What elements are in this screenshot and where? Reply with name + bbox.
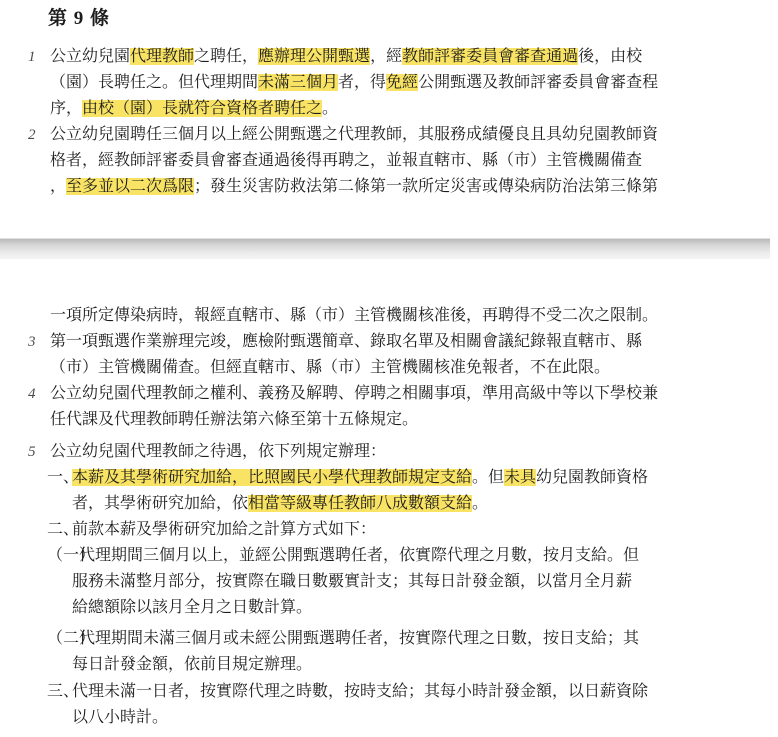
text-segment: 公立幼兒園代理教師之待遇，依下列規定辦理：: [50, 443, 386, 460]
paragraph-number: 1: [28, 44, 36, 70]
highlighted-segment: 未具: [504, 469, 536, 486]
text-segment: 公立幼兒園: [50, 48, 130, 65]
text-segment: 者，其學術研究加給，依: [72, 495, 248, 512]
text-segment: 。但: [472, 469, 504, 486]
text-line: 前款本薪及學術研究加給之計算方式如下：: [0, 517, 778, 543]
highlighted-segment: 由校（園）長就符合資格者聘任之: [82, 100, 322, 117]
text-segment: 之聘任，: [194, 48, 258, 65]
text-line: 序，由校（園）長就符合資格者聘任之。: [0, 96, 778, 122]
text-segment: ；發生災害防救法第二條第一款所定災害或傳染病防治法第三條第: [194, 178, 658, 195]
text-segment: 。: [472, 495, 488, 512]
item-marker: 一、: [47, 465, 79, 491]
text-segment: （市）主管機關備查。但經直轄市、縣（市）主管機關核准免報者，不在此限。: [50, 359, 610, 376]
highlighted-segment: 至多並以二次爲限: [66, 178, 194, 195]
sub-item-3: 三、代理未滿一日者，按實際代理之時數，按時支給；其每小時計發金額，以日薪資除以八…: [0, 679, 778, 731]
law-document: 第 9 條 1公立幼兒園代理教師之聘任，應辦理公開甄選，經教師評審委員會審查通過…: [0, 0, 778, 731]
paragraph-1: 1公立幼兒園代理教師之聘任，應辦理公開甄選，經教師評審委員會審查通過後，由校（園…: [0, 44, 778, 122]
text-line: 代理期間三個月以上，並經公開甄選聘任者，依實際代理之月數，按月支給。但: [0, 543, 778, 569]
highlighted-segment: 代理教師: [130, 48, 194, 65]
text-line: 服務未滿整月部分，按實際在職日數覈實計支；其每日計發金額，以當月全月薪: [0, 569, 778, 595]
paragraph-number: 3: [28, 329, 36, 355]
text-segment: 代理未滿一日者，按實際代理之時數，按時支給；其每小時計發金額，以日薪資除: [72, 683, 648, 700]
continuation-paragraph: 一項所定傳染病時，報經直轄市、縣（市）主管機關核准後，再聘得不受二次之限制。: [0, 303, 778, 329]
sub-sub-item-2: （二）代理期間未滿三個月或未經公開甄選聘任者，按實際代理之日數，按日支給；其每日…: [0, 626, 778, 678]
paragraph-4: 4公立幼兒園代理教師之權利、義務及解聘、停聘之相關事項，準用高級中等以下學校兼任…: [0, 381, 778, 433]
text-line: 公立幼兒園代理教師之聘任，應辦理公開甄選，經教師評審委員會審查通過後，由校: [0, 44, 778, 70]
text-segment: 。: [322, 100, 338, 117]
text-line: 公立幼兒園代理教師之權利、義務及解聘、停聘之相關事項，準用高級中等以下學校兼: [0, 381, 778, 407]
text-segment: 前款本薪及學術研究加給之計算方式如下：: [72, 521, 376, 538]
paragraph-number: 4: [28, 381, 36, 407]
text-line: 每日計發金額，依前目規定辦理。: [0, 652, 778, 678]
text-segment: 序，: [50, 100, 82, 117]
sub-item-2: 二、前款本薪及學術研究加給之計算方式如下：: [0, 517, 778, 543]
text-segment: 以八小時計。: [72, 709, 168, 726]
text-segment: （園）長聘任之。但代理期間: [50, 74, 258, 91]
text-segment: 公開甄選及教師評審委員會審查程: [418, 74, 658, 91]
text-segment: ，經: [370, 48, 402, 65]
item-marker: （一）: [47, 543, 95, 569]
paragraph-number: 5: [28, 439, 36, 465]
text-line: ，至多並以二次爲限；發生災害防救法第二條第一款所定災害或傳染病防治法第三條第: [0, 174, 778, 200]
text-line: 給總額除以該月全月之日數計算。: [0, 595, 778, 621]
text-segment: 公立幼兒園代理教師之權利、義務及解聘、停聘之相關事項，準用高級中等以下學校兼: [50, 385, 658, 402]
item-marker: 三、: [47, 679, 79, 705]
paragraph-number: 2: [28, 122, 36, 148]
text-segment: 服務未滿整月部分，按實際在職日數覈實計支；其每日計發金額，以當月全月薪: [72, 573, 632, 590]
text-line: （園）長聘任之。但代理期間未滿三個月者，得免經公開甄選及教師評審委員會審查程: [0, 70, 778, 96]
paragraph-3: 3第一項甄選作業辦理完竣，應檢附甄選簡章、錄取名單及相關會議紀錄報直轄市、縣（市…: [0, 329, 778, 381]
text-line: 第一項甄選作業辦理完竣，應檢附甄選簡章、錄取名單及相關會議紀錄報直轄市、縣: [0, 329, 778, 355]
text-line: 格者，經教師評審委員會審查通過後得再聘之，並報直轄市、縣（市）主管機關備查: [0, 148, 778, 174]
article-title: 第 9 條: [48, 6, 778, 32]
item-marker: 二、: [47, 517, 79, 543]
page-separator: [0, 238, 770, 259]
text-segment: ，: [50, 178, 66, 195]
text-line: 任代課及代理教師聘任辦法第六條至第十五條規定。: [0, 407, 778, 433]
text-line: 一項所定傳染病時，報經直轄市、縣（市）主管機關核准後，再聘得不受二次之限制。: [0, 303, 778, 329]
text-segment: 公立幼兒園聘任三個月以上經公開甄選之代理教師，其服務成績優良且具幼兒園教師資: [50, 126, 658, 143]
text-line: 以八小時計。: [0, 705, 778, 731]
text-segment: 任代課及代理教師聘任辦法第六條至第十五條規定。: [50, 411, 418, 428]
text-segment: 第一項甄選作業辦理完竣，應檢附甄選簡章、錄取名單及相關會議紀錄報直轄市、縣: [50, 333, 642, 350]
text-segment: 者，得: [338, 74, 386, 91]
highlighted-segment: 未滿三個月: [258, 74, 338, 91]
text-segment: 幼兒園教師資格: [536, 469, 648, 486]
text-segment: 每日計發金額，依前目規定辦理。: [72, 656, 312, 673]
highlighted-segment: 相當等級專任教師八成數額支給: [248, 495, 472, 512]
highlighted-segment: 免經: [386, 74, 418, 91]
item-marker: （二）: [47, 626, 95, 652]
text-line: 代理未滿一日者，按實際代理之時數，按時支給；其每小時計發金額，以日薪資除: [0, 679, 778, 705]
text-segment: 格者，經教師評審委員會審查通過後得再聘之，並報直轄市、縣（市）主管機關備查: [50, 152, 642, 169]
sub-sub-item-1: （一）代理期間三個月以上，並經公開甄選聘任者，依實際代理之月數，按月支給。但服務…: [0, 543, 778, 621]
text-segment: 一項所定傳染病時，報經直轄市、縣（市）主管機關核准後，再聘得不受二次之限制。: [50, 307, 658, 324]
text-line: 公立幼兒園聘任三個月以上經公開甄選之代理教師，其服務成績優良且具幼兒園教師資: [0, 122, 778, 148]
text-line: 公立幼兒園代理教師之待遇，依下列規定辦理：: [0, 439, 778, 465]
paragraph-5: 5公立幼兒園代理教師之待遇，依下列規定辦理：: [0, 439, 778, 465]
text-line: 本薪及其學術研究加給，比照國民小學代理教師規定支給。但未具幼兒園教師資格: [0, 465, 778, 491]
article-body: 1公立幼兒園代理教師之聘任，應辦理公開甄選，經教師評審委員會審查通過後，由校（園…: [0, 44, 778, 731]
sub-item-1: 一、本薪及其學術研究加給，比照國民小學代理教師規定支給。但未具幼兒園教師資格者，…: [0, 465, 778, 517]
highlighted-segment: 應辦理公開甄選: [258, 48, 370, 65]
highlighted-segment: 教師評審委員會審查通過: [402, 48, 578, 65]
paragraph-2: 2公立幼兒園聘任三個月以上經公開甄選之代理教師，其服務成績優良且具幼兒園教師資格…: [0, 122, 778, 200]
text-line: （市）主管機關備查。但經直轄市、縣（市）主管機關核准免報者，不在此限。: [0, 355, 778, 381]
text-line: 代理期間未滿三個月或未經公開甄選聘任者，按實際代理之日數，按日支給；其: [0, 626, 778, 652]
text-line: 者，其學術研究加給，依相當等級專任教師八成數額支給。: [0, 491, 778, 517]
text-segment: 代理期間未滿三個月或未經公開甄選聘任者，按實際代理之日數，按日支給；其: [79, 630, 639, 647]
text-segment: 代理期間三個月以上，並經公開甄選聘任者，依實際代理之月數，按月支給。但: [79, 547, 639, 564]
highlighted-segment: 本薪及其學術研究加給，比照國民小學代理教師規定支給: [72, 469, 472, 486]
text-segment: 後，由校: [578, 48, 642, 65]
text-segment: 給總額除以該月全月之日數計算。: [72, 599, 312, 616]
